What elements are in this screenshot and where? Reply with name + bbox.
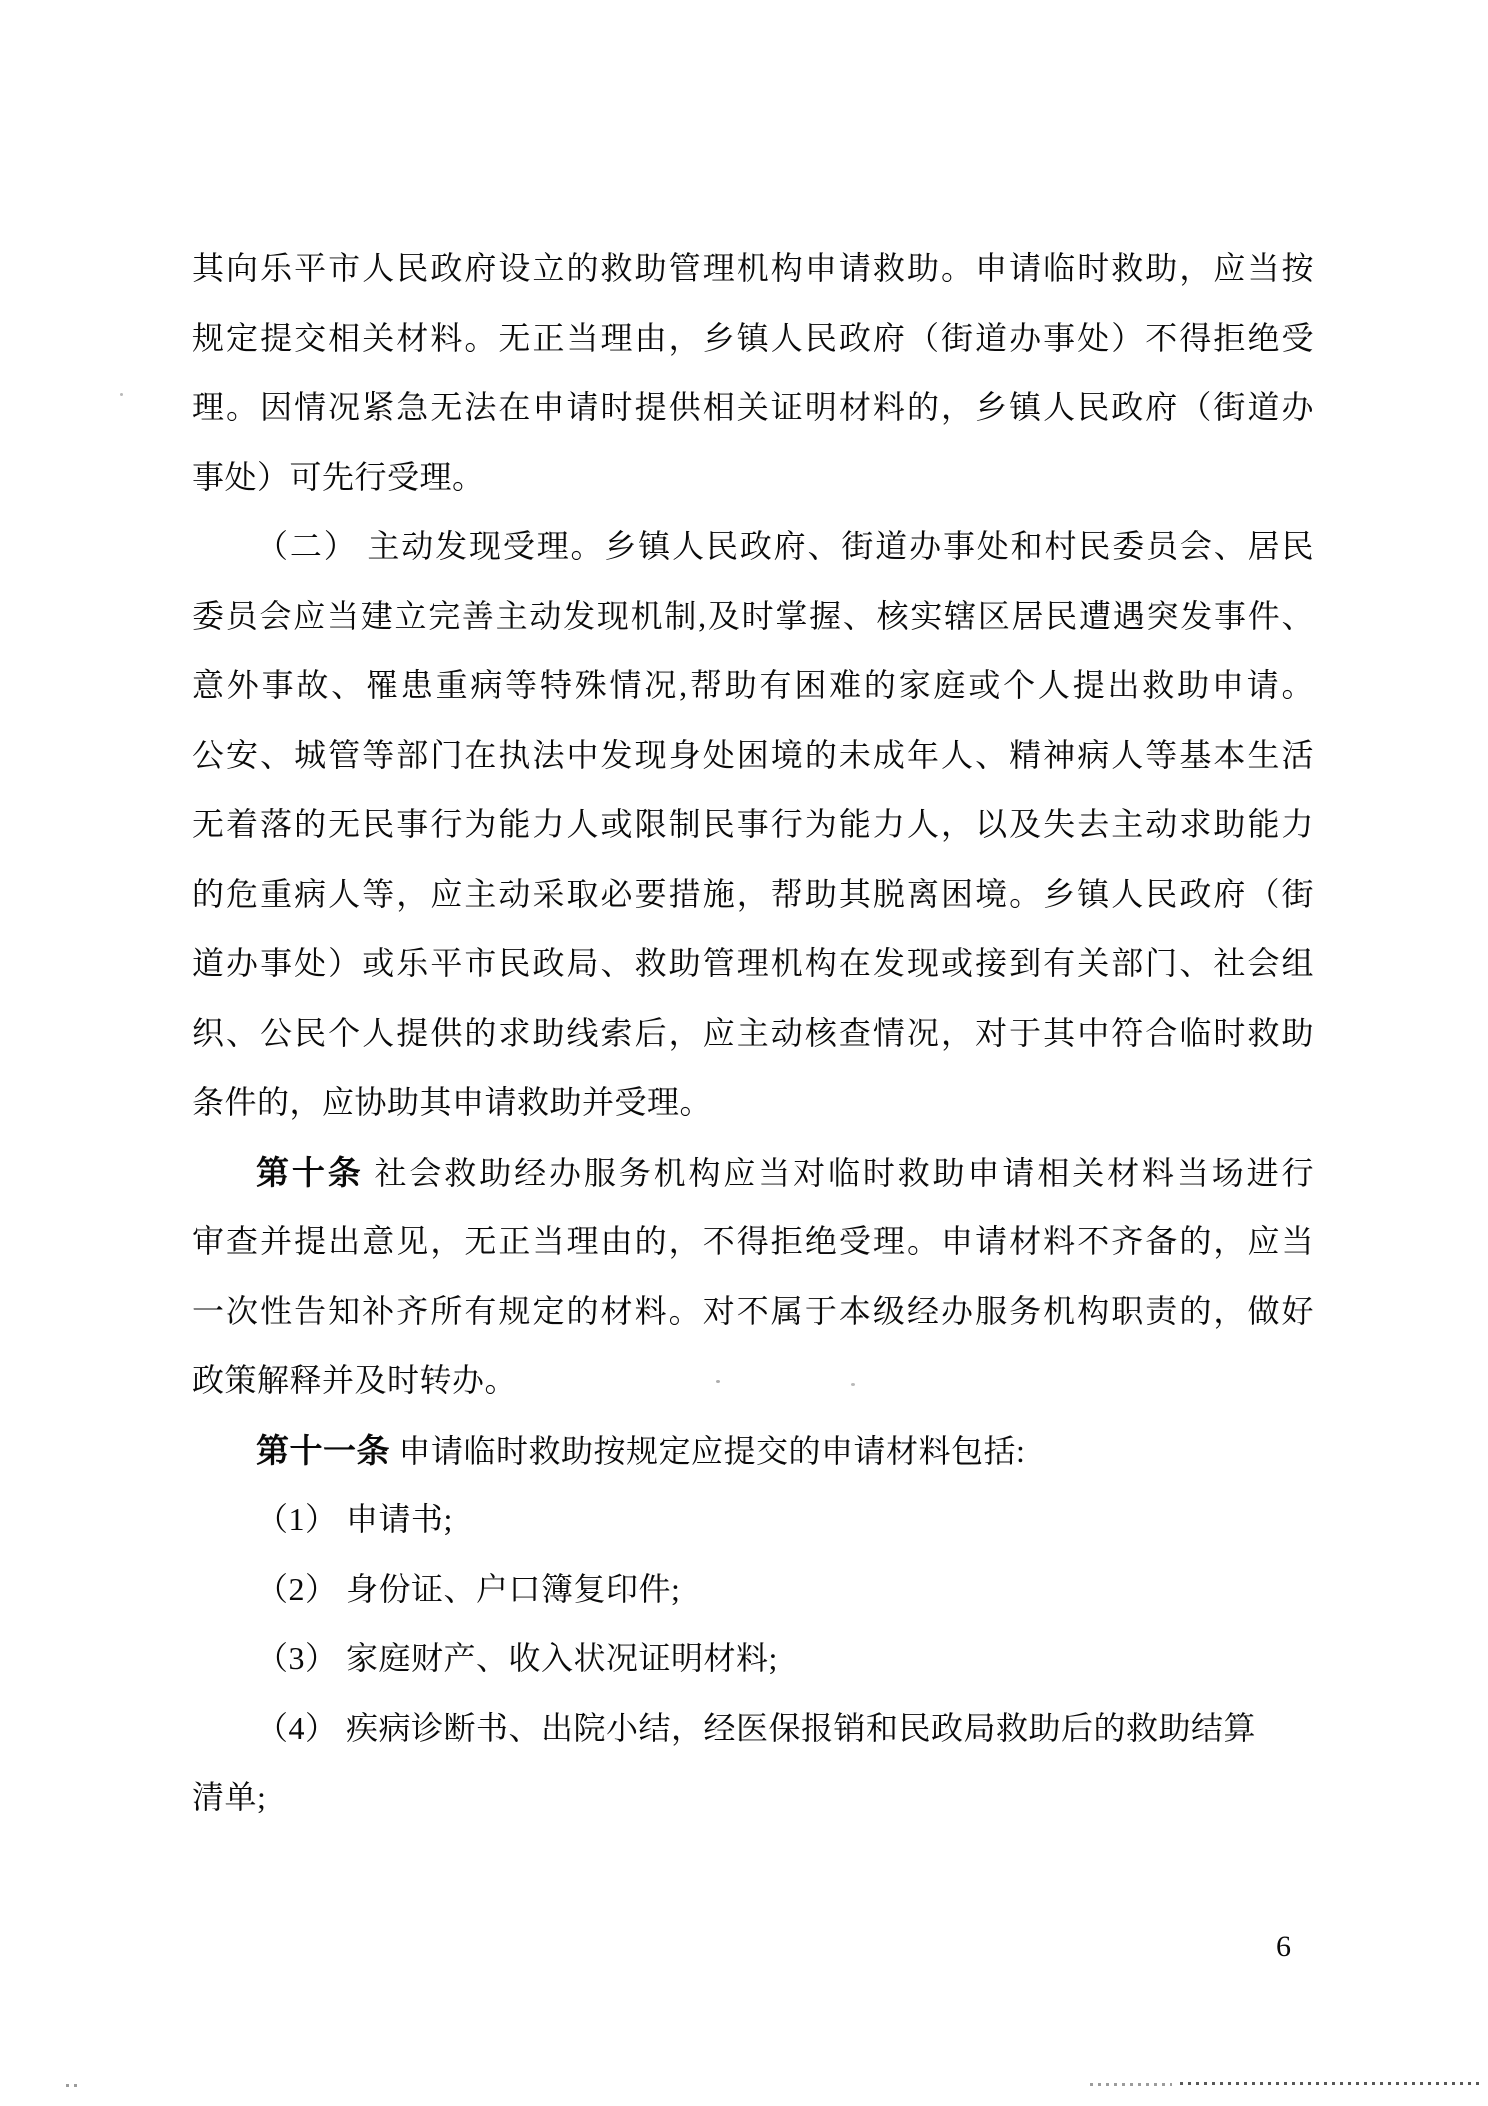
text-segment: 意外事故、罹患重病等特殊情况,帮助有困难的家庭或个人提出救助申请。 [192,667,1314,703]
scan-artifact-line [1090,2083,1172,2086]
text-segment: 一次性告知补齐所有规定的材料。对不属于本级经办服务机构职责的，做好 [192,1293,1314,1329]
text-line: 委员会应当建立完善主动发现机制,及时掌握、核实辖区居民遭遇突发事件、 [192,582,1314,652]
text-line: 第十一条 申请临时救助按规定应提交的申请材料包括: [192,1416,1314,1486]
scan-artifact-line [1180,2082,1482,2085]
text-line: 公安、城管等部门在执法中发现身处困境的未成年人、精神病人等基本生活 [192,721,1314,791]
text-segment: 事处）可先行受理。 [192,459,485,495]
text-segment: （1） 申请书; [256,1501,453,1537]
text-line: 意外事故、罹患重病等特殊情况,帮助有困难的家庭或个人提出救助申请。 [192,651,1314,721]
text-segment: （3） 家庭财产、收入状况证明材料; [256,1640,778,1676]
text-segment: 条件的，应协助其申请救助并受理。 [192,1084,712,1120]
scan-speck [716,1380,720,1383]
scan-speck [536,1036,538,1038]
text-segment: 理。因情况紧急无法在申请时提供相关证明材料的，乡镇人民政府（街道办 [192,389,1314,425]
text-segment: 社会救助经办服务机构应当对临时救助申请相关材料当场进行 [364,1155,1314,1191]
text-segment: 清单; [192,1779,266,1815]
text-segment: 委员会应当建立完善主动发现机制,及时掌握、核实辖区居民遭遇突发事件、 [192,598,1314,634]
document-page: 其向乐平市人民政府设立的救助管理机构申请救助。申请临时救助，应当按规定提交相关材… [0,0,1488,2106]
text-line: 审查并提出意见，无正当理由的，不得拒绝受理。申请材料不齐备的，应当 [192,1207,1314,1277]
text-segment: 政策解释并及时转办。 [192,1362,517,1398]
text-line: 事处）可先行受理。 [192,443,1314,513]
text-segment: 的危重病人等，应主动采取必要措施，帮助其脱离困境。乡镇人民政府（街 [192,876,1314,912]
text-line: 理。因情况紧急无法在申请时提供相关证明材料的，乡镇人民政府（街道办 [192,373,1314,443]
text-segment: 其向乐平市人民政府设立的救助管理机构申请救助。申请临时救助，应当按 [192,250,1314,286]
text-line: 其向乐平市人民政府设立的救助管理机构申请救助。申请临时救助，应当按 [192,234,1314,304]
text-line: 道办事处）或乐平市民政局、救助管理机构在发现或接到有关部门、社会组 [192,929,1314,999]
text-segment: （4） 疾病诊断书、出院小结，经医保报销和民政局救助后的救助结算 [256,1710,1256,1746]
article-number: 第十一条 [256,1432,390,1469]
text-line: 第十条 社会救助经办服务机构应当对临时救助申请相关材料当场进行 [192,1138,1314,1208]
text-block: 其向乐平市人民政府设立的救助管理机构申请救助。申请临时救助，应当按规定提交相关材… [192,234,1314,1833]
text-segment: 申请临时救助按规定应提交的申请材料包括: [390,1433,1025,1469]
text-segment: 无着落的无民事行为能力人或限制民事行为能力人，以及失去主动求助能力 [192,806,1314,842]
scan-speck [851,1383,855,1386]
text-line: 的危重病人等，应主动采取必要措施，帮助其脱离困境。乡镇人民政府（街 [192,860,1314,930]
text-line: （1） 申请书; [192,1485,1314,1555]
page-number: 6 [1276,1930,1291,1964]
text-segment: （2） 身份证、户口簿复印件; [256,1571,680,1607]
text-segment: 审查并提出意见，无正当理由的，不得拒绝受理。申请材料不齐备的，应当 [192,1223,1314,1259]
text-segment: 道办事处）或乐平市民政局、救助管理机构在发现或接到有关部门、社会组 [192,945,1314,981]
text-line: 清单; [192,1763,1314,1833]
text-line: 织、公民个人提供的求助线索后，应主动核查情况，对于其中符合临时救助 [192,999,1314,1069]
text-line: 政策解释并及时转办。 [192,1346,1314,1416]
text-line: 条件的，应协助其申请救助并受理。 [192,1068,1314,1138]
text-segment: 织、公民个人提供的求助线索后，应主动核查情况，对于其中符合临时救助 [192,1015,1314,1051]
scan-speck [120,393,123,396]
text-line: 规定提交相关材料。无正当理由，乡镇人民政府（街道办事处）不得拒绝受 [192,304,1314,374]
text-line: （3） 家庭财产、收入状况证明材料; [192,1624,1314,1694]
scan-artifact-line [66,2084,82,2087]
text-line: （二） 主动发现受理。乡镇人民政府、街道办事处和村民委员会、居民 [192,512,1314,582]
article-number: 第十条 [256,1154,364,1191]
text-line: 无着落的无民事行为能力人或限制民事行为能力人，以及失去主动求助能力 [192,790,1314,860]
text-segment: 公安、城管等部门在执法中发现身处困境的未成年人、精神病人等基本生活 [192,737,1314,773]
text-line: 一次性告知补齐所有规定的材料。对不属于本级经办服务机构职责的，做好 [192,1277,1314,1347]
text-segment: 规定提交相关材料。无正当理由，乡镇人民政府（街道办事处）不得拒绝受 [192,320,1314,356]
text-line: （4） 疾病诊断书、出院小结，经医保报销和民政局救助后的救助结算 [192,1694,1314,1764]
text-line: （2） 身份证、户口簿复印件; [192,1555,1314,1625]
text-segment: （二） 主动发现受理。乡镇人民政府、街道办事处和村民委员会、居民 [256,528,1314,564]
